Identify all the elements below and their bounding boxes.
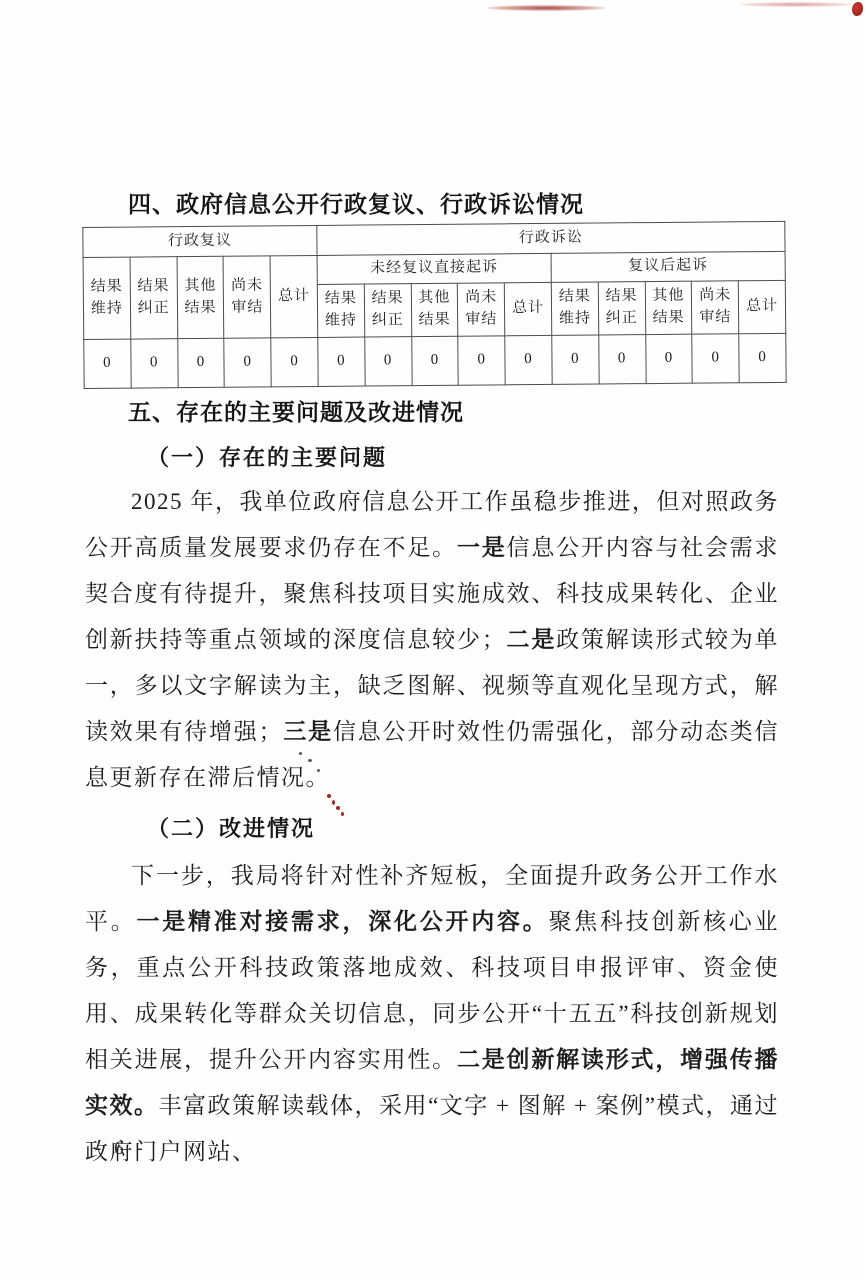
subgroup-header-suit-after-review: 复议后起诉	[551, 251, 785, 282]
column-header: 尚未审结	[458, 283, 505, 336]
group-header-admin-litigation: 行政诉讼	[317, 221, 785, 255]
text-segment-bold: 三是	[283, 719, 333, 744]
page-number: - 6 -	[95, 1138, 147, 1160]
column-header: 其他结果	[177, 256, 225, 338]
value-cell: 0	[739, 333, 786, 382]
section4-heading: 四、政府信息公开行政复议、行政诉讼情况	[128, 186, 584, 219]
paragraph-improvements: 下一步，我局将针对性补齐短板，全面提升政务公开工作水平。一是精准对接需求，深化公…	[85, 853, 779, 1175]
value-cell: 0	[177, 338, 224, 387]
red-ink-blob-top-right	[852, 2, 863, 16]
column-header: 总计	[270, 255, 318, 337]
red-ink-speck	[336, 806, 340, 810]
text-segment: 丰富政策解读载体，采用“文字 + 图解 + 案例”模式，通过政府门户网站、	[85, 1093, 779, 1164]
statistics-table: 行政复议 行政诉讼 结果维持 结果纠正 其他结果 尚未审结 总计 未经复议直接起…	[82, 221, 786, 389]
column-header: 尚未审结	[223, 256, 271, 338]
table-value-row: 0 0 0 0 0 0 0 0 0 0 0 0 0 0 0	[84, 333, 786, 388]
column-header: 结果纠正	[364, 284, 411, 337]
group-header-admin-review: 行政复议	[83, 225, 317, 257]
value-cell: 0	[131, 339, 178, 388]
red-ink-smear-top-right	[740, 2, 852, 7]
text-segment-bold: 一是	[457, 535, 507, 560]
value-cell: 0	[365, 337, 412, 386]
red-ink-smear-top-center	[486, 5, 606, 11]
column-header: 其他结果	[645, 281, 692, 334]
text-segment-bold: 二是	[506, 627, 556, 652]
value-cell: 0	[411, 336, 458, 385]
scanned-document-page: 四、政府信息公开行政复议、行政诉讼情况 行政复议 行政诉讼 结果维持 结果纠正 …	[0, 0, 865, 1279]
subsection2-heading: （二）改进情况	[147, 812, 315, 843]
section5-heading: 五、存在的主要问题及改进情况	[128, 394, 464, 427]
admin-review-litigation-table: 行政复议 行政诉讼 结果维持 结果纠正 其他结果 尚未审结 总计 未经复议直接起…	[82, 221, 786, 389]
value-cell: 0	[84, 339, 131, 388]
value-cell: 0	[318, 337, 365, 386]
subgroup-header-direct-suit: 未经复议直接起诉	[317, 253, 551, 284]
value-cell: 0	[552, 335, 599, 384]
column-header: 尚未审结	[692, 281, 739, 334]
paragraph-main-problems: 2025 年，我单位政府信息公开工作虽稳步推进，但对照政务公开高质量发展要求仍存…	[85, 479, 779, 801]
value-cell: 0	[645, 334, 692, 383]
text-segment-bold: 一是精准对接需求，深化公开内容。	[137, 909, 549, 934]
value-cell: 0	[692, 334, 739, 383]
red-ink-speck	[341, 812, 344, 816]
value-cell: 0	[505, 335, 552, 384]
column-header: 总计	[504, 282, 551, 335]
value-cell: 0	[224, 338, 271, 387]
column-header: 结果维持	[551, 282, 598, 335]
value-cell: 0	[599, 335, 646, 384]
column-header: 结果维持	[83, 257, 131, 339]
column-header: 结果维持	[317, 284, 364, 337]
column-header: 总计	[738, 280, 785, 333]
value-cell: 0	[458, 336, 505, 385]
column-header: 结果纠正	[598, 282, 645, 335]
column-header: 结果纠正	[130, 257, 178, 339]
column-header: 其他结果	[411, 283, 458, 336]
subsection1-heading: （一）存在的主要问题	[147, 441, 387, 472]
value-cell: 0	[271, 337, 318, 386]
